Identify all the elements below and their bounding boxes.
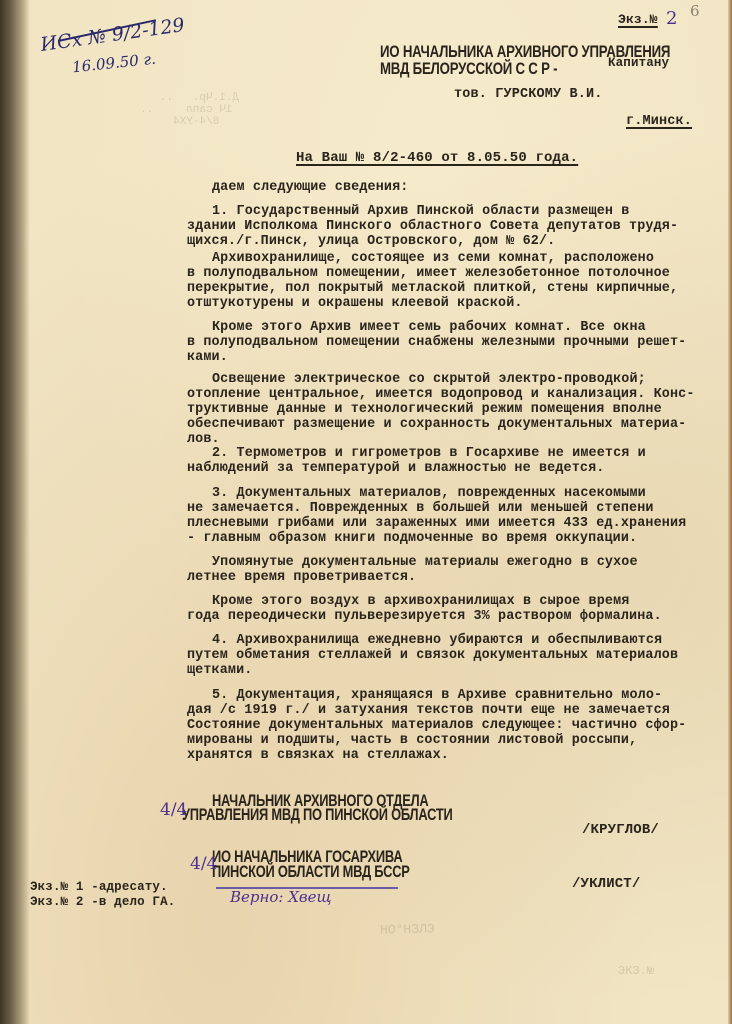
body-line: отопление центральное, имеется водопрово… xyxy=(187,387,695,402)
body-line: Упомянутые документальные материалы ежег… xyxy=(212,555,638,570)
body-line: 3. Документальных материалов, поврежденн… xyxy=(212,486,646,501)
body-line: щетками. xyxy=(187,663,253,678)
body-line: дая /с 1919 г./ и затухания текстов почт… xyxy=(187,703,670,718)
signature-2-title-line-2: ПИНСКОЙ ОБЛАСТИ МВД БССР xyxy=(212,863,410,882)
body-line: лов. xyxy=(187,432,220,447)
addressee-city: г.Минск. xyxy=(626,114,692,129)
subject-reference: На Ваш № 8/2-460 от 8.05.50 года. xyxy=(296,150,578,166)
body-line: - главным образом книги подмоченные во в… xyxy=(187,531,637,546)
body-line: Кроме этого воздух в архивохранилищах в … xyxy=(212,594,629,609)
body-line: Освещение электрическое со скрытой элект… xyxy=(212,372,646,387)
body-line: путем обметания стеллажей и связок докум… xyxy=(187,648,678,663)
copy-number-label: Экз.№ xyxy=(618,12,658,27)
body-line: 2. Термометров и гигрометров в Госархиве… xyxy=(212,446,646,461)
body-line: перекрытие, пол покрытый метлаской плитк… xyxy=(187,281,678,296)
distribution-copy-1: Экз.№ 1 -адресату. xyxy=(30,880,168,894)
bleed-through-text: Д.1.Чр. .. 1Ч сапл .. 8/4-УХ4 xyxy=(140,92,239,128)
page-edge xyxy=(728,0,732,1024)
body-line: не замечается. Поврежденных в большей ил… xyxy=(187,501,654,516)
body-line: Кроме этого Архив имеет семь рабочих ком… xyxy=(212,320,646,335)
body-line: ками. xyxy=(187,350,228,365)
bleed-through-stamp: НО°НЗЛЭ xyxy=(380,922,435,938)
body-line: обеспечивают размещение и сохранность до… xyxy=(187,417,686,432)
body-line: здании Исполкома Пинского областного Сов… xyxy=(187,219,678,234)
addressee-rank: Капитану xyxy=(608,56,669,70)
handwritten-signoff-mark-2: 4/4 xyxy=(190,854,217,874)
body-line: отштукотурены и окрашены клеевой краской… xyxy=(187,296,523,311)
body-line: мированы и подшиты, часть в состоянии ли… xyxy=(187,733,637,748)
body-line: Архивохранилище, состоящее из семи комна… xyxy=(212,251,654,266)
body-line: хранятся в связках на стеллажах. xyxy=(187,748,449,763)
body-line: труктивные данные и технологический режи… xyxy=(187,402,662,417)
body-line: Состояние документальных материалов след… xyxy=(187,718,686,733)
body-line: 5. Документация, хранящаяся в Архиве сра… xyxy=(212,688,662,703)
body-line: наблюдений за температурой и влажностью … xyxy=(187,461,604,476)
body-line: даем следующие сведения: xyxy=(212,180,408,195)
body-line: 4. Архивохранилища ежедневно убираются и… xyxy=(212,633,662,648)
body-line: в полуподвальном помещении снабжены желе… xyxy=(187,335,686,350)
pencil-page-mark: 6 xyxy=(690,2,700,20)
body-line: в полуподвальном помещении, имеет железо… xyxy=(187,266,670,281)
signature-2-name: /УКЛИСТ/ xyxy=(572,876,640,892)
addressee-line-2: МВД БЕЛОРУССКОЙ С С Р - xyxy=(380,59,557,79)
body-line: щихся./г.Пинск, улица Островского, дом №… xyxy=(187,234,555,249)
distribution-copy-2: Экз.№ 2 -в дело ГА. xyxy=(30,895,175,909)
body-line: года переодически пульверезируется 3% ра… xyxy=(187,609,662,624)
bleed-through-copy-label: ЭКЗ.№ xyxy=(618,964,654,978)
signature-1-title-line-2: УПРАВЛЕНИЯ МВД ПО ПИНСКОЙ ОБЛАСТИ xyxy=(182,806,452,825)
binding-shadow xyxy=(0,0,30,1024)
body-line: летнее время проветривается. xyxy=(187,570,416,585)
handwritten-signoff-mark-1: 4/4 xyxy=(160,800,187,820)
handwritten-copy-number: 2 xyxy=(666,8,677,29)
body-line: плесневыми грибами или зараженных ими им… xyxy=(187,516,686,531)
handwritten-verification: Верно: Хвещ xyxy=(230,888,332,906)
addressee-name: тов. ГУРСКОМУ В.И. xyxy=(454,87,603,102)
body-line: 1. Государственный Архив Пинской области… xyxy=(212,204,629,219)
signature-1-name: /КРУГЛОВ/ xyxy=(582,822,659,838)
